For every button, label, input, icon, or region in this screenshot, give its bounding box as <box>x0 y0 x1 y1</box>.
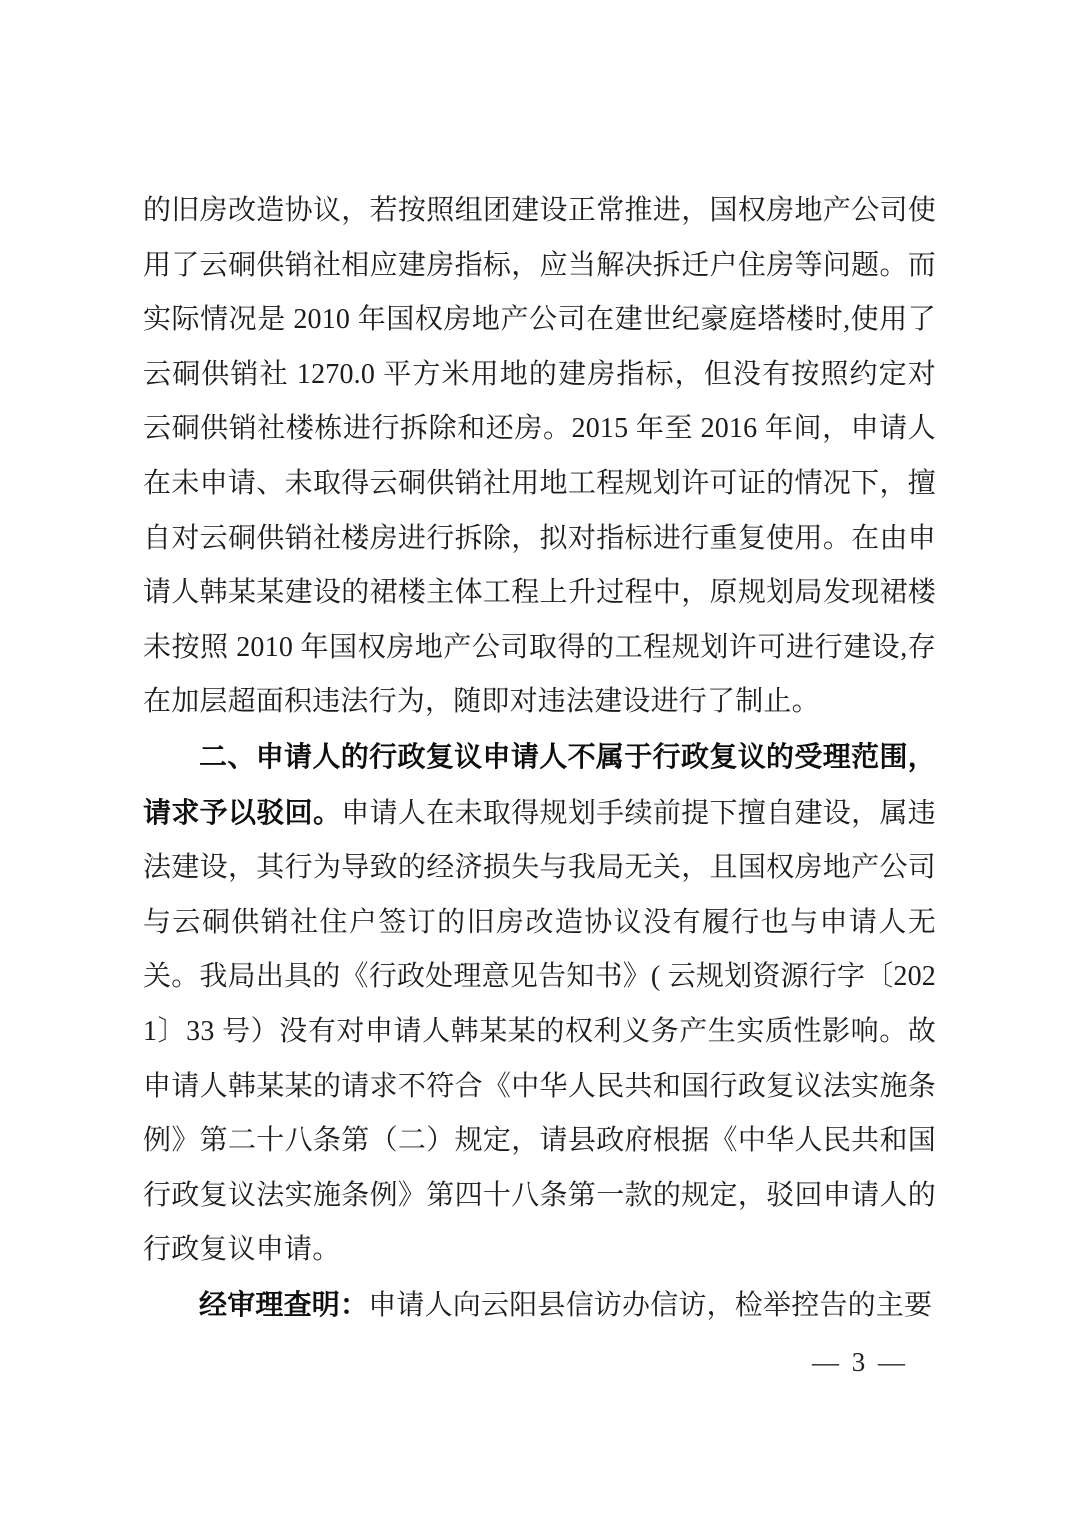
body-text: 申请人向云阳县信访办信访，检举控告的主要 <box>368 1290 932 1321</box>
page-number: — 3 — <box>812 1347 908 1378</box>
paragraph: 经审理查明：申请人向云阳县信访办信访，检举控告的主要 <box>143 1278 936 1334</box>
body-text: 的旧房改造协议，若按照组团建设正常推进，国权房地产公司使用了云硐供销社相应建房指… <box>143 195 936 717</box>
paragraph: 的旧房改造协议，若按照组团建设正常推进，国权房地产公司使用了云硐供销社相应建房指… <box>143 184 936 730</box>
body-text: 申请人在未取得规划手续前提下擅自建设，属违法建设，其行为导致的经济损失与我局无关… <box>143 798 936 1266</box>
paragraph: 二、申请人的行政复议申请人不属于行政复议的受理范围，请求予以驳回。申请人在未取得… <box>143 730 936 1278</box>
document-body: 的旧房改造协议，若按照组团建设正常推进，国权房地产公司使用了云硐供销社相应建房指… <box>143 184 936 1333</box>
document-page: 的旧房改造协议，若按照组团建设正常推进，国权房地产公司使用了云硐供销社相应建房指… <box>0 0 1074 1520</box>
emphasis-text: 经审理查明： <box>199 1289 368 1320</box>
